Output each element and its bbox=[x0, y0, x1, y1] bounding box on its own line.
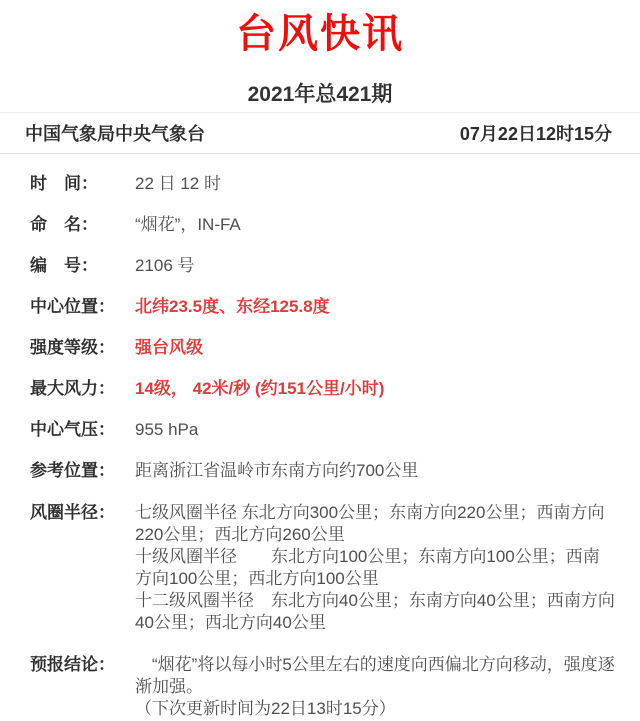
wind-circle-level7: 七级风圈半径 东北方向300公里；东南方向220公里；西南方向220公里；西北方… bbox=[135, 502, 615, 546]
issue-number: 2021年总421期 bbox=[0, 84, 640, 106]
wind-circle-level10: 十级风圈半径 东北方向100公里；东南方向100公里；西南方向100公里；西北方… bbox=[135, 546, 615, 590]
row-time: 时 间： 22 日 12 时 bbox=[30, 174, 615, 194]
issue-datetime: 07月22日12时15分 bbox=[460, 120, 612, 146]
agency-name: 中国气象局中央气象台 bbox=[25, 120, 205, 146]
row-forecast-conclusion: 预报结论： “烟花”将以每小时5公里左右的速度向西偏北方向移动，强度逐渐加强。 … bbox=[30, 654, 615, 720]
row-reference-position: 参考位置： 距离浙江省温岭市东南方向约700公里 bbox=[30, 461, 615, 481]
row-number: 编 号： 2106 号 bbox=[30, 256, 615, 276]
central-pressure-label: 中心气压： bbox=[30, 420, 135, 440]
row-max-wind: 最大风力： 14级， 42米/秒 (约151公里/小时) bbox=[30, 379, 615, 399]
row-wind-circle-radius: 风圈半径： 七级风圈半径 东北方向300公里；东南方向220公里；西南方向220… bbox=[30, 502, 615, 634]
row-intensity: 强度等级： 强台风级 bbox=[30, 338, 615, 358]
wind-circle-level12: 十二级风圈半径 东北方向40公里；东南方向40公里；西南方向40公里；西北方向4… bbox=[135, 590, 615, 634]
center-position-value: 北纬23.5度、东经125.8度 bbox=[135, 297, 615, 317]
next-update-note: （下次更新时间为22日13时15分） bbox=[135, 698, 615, 720]
wind-circle-radius-value: 七级风圈半径 东北方向300公里；东南方向220公里；西南方向220公里；西北方… bbox=[135, 502, 615, 634]
time-label: 时 间： bbox=[30, 174, 135, 194]
intensity-value: 强台风级 bbox=[135, 338, 615, 358]
name-value: “烟花”，IN-FA bbox=[135, 215, 615, 235]
number-label: 编 号： bbox=[30, 256, 135, 276]
intensity-label: 强度等级： bbox=[30, 338, 135, 358]
page-title: 台风快讯 bbox=[0, 0, 640, 58]
number-value: 2106 号 bbox=[135, 256, 615, 276]
forecast-text: “烟花”将以每小时5公里左右的速度向西偏北方向移动，强度逐渐加强。 bbox=[135, 654, 615, 698]
max-wind-label: 最大风力： bbox=[30, 379, 135, 399]
reference-position-label: 参考位置： bbox=[30, 461, 135, 481]
row-central-pressure: 中心气压： 955 hPa bbox=[30, 420, 615, 440]
reference-position-value: 距离浙江省温岭市东南方向约700公里 bbox=[135, 461, 615, 481]
center-position-label: 中心位置： bbox=[30, 297, 135, 317]
name-label: 命 名： bbox=[30, 215, 135, 235]
central-pressure-value: 955 hPa bbox=[135, 420, 615, 440]
row-center-position: 中心位置： 北纬23.5度、东经125.8度 bbox=[30, 297, 615, 317]
header-bar: 中国气象局中央气象台 07月22日12时15分 bbox=[0, 112, 640, 154]
time-value: 22 日 12 时 bbox=[135, 174, 615, 194]
row-name: 命 名： “烟花”，IN-FA bbox=[30, 215, 615, 235]
max-wind-value: 14级， 42米/秒 (约151公里/小时) bbox=[135, 379, 615, 399]
bulletin-body: 时 间： 22 日 12 时 命 名： “烟花”，IN-FA 编 号： 2106… bbox=[0, 154, 640, 720]
forecast-conclusion-label: 预报结论： bbox=[30, 654, 135, 676]
forecast-conclusion-value: “烟花”将以每小时5公里左右的速度向西偏北方向移动，强度逐渐加强。 （下次更新时… bbox=[135, 654, 615, 720]
typhoon-bulletin: 台风快讯 2021年总421期 中国气象局中央气象台 07月22日12时15分 … bbox=[0, 0, 640, 721]
wind-circle-radius-label: 风圈半径： bbox=[30, 502, 135, 524]
